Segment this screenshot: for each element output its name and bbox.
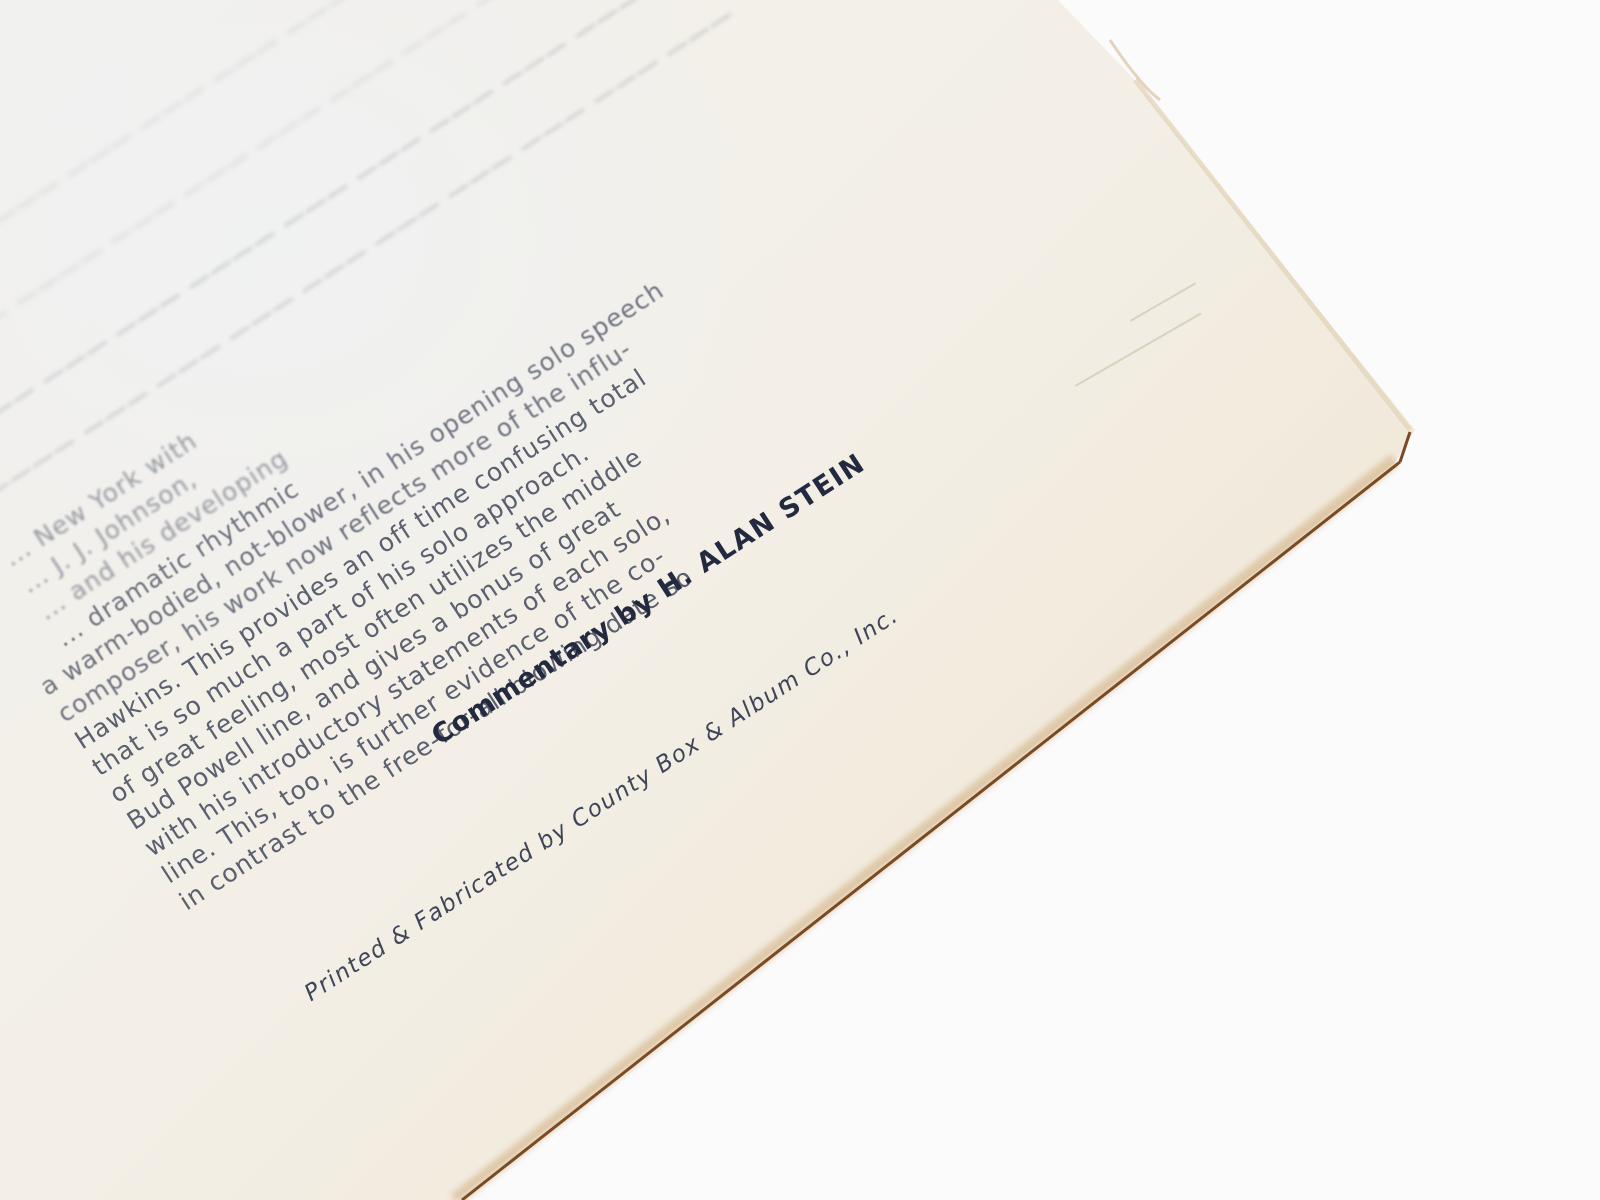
photo-scene: ———— ——— ——— ——— ——— ——— ——— ——— ——— ———… (0, 0, 1600, 1200)
